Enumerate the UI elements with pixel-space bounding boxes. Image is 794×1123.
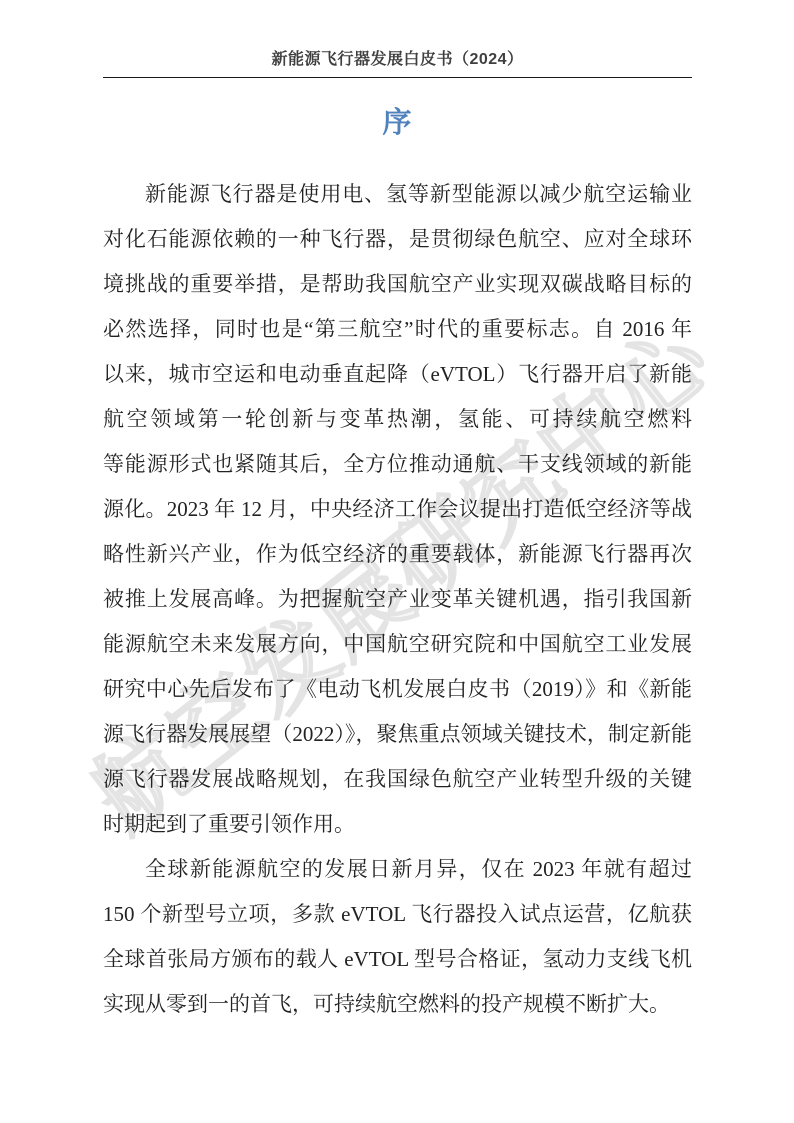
paragraph-2: 全球新能源航空的发展日新月异，仅在 2023 年就有超过 150 个新型号立项，…: [103, 847, 692, 1027]
text-line: 时期起到了重要引领作用。: [103, 802, 692, 847]
section-title: 序: [0, 100, 794, 141]
text-line: 能源航空未来发展方向，中国航空研究院和中国航空工业发展: [103, 622, 692, 667]
text-line: 150 个新型号立项，多款 eVTOL 飞行器投入试点运营，亿航获得: [103, 892, 692, 937]
header-title: 新能源飞行器发展白皮书（2024）: [103, 46, 692, 77]
text-line: 等能源形式也紧随其后，全方位推动通航、干支线领域的新能: [103, 442, 692, 487]
text-line: 对化石能源依赖的一种飞行器，是贯彻绿色航空、应对全球环: [103, 217, 692, 262]
text-line: 全球新能源航空的发展日新月异，仅在 2023 年就有超过: [103, 847, 692, 892]
paragraph-1: 新能源飞行器是使用电、氢等新型能源以减少航空运输业 对化石能源依赖的一种飞行器，…: [103, 172, 692, 847]
text-line: 被推上发展高峰。为把握航空产业变革关键机遇，指引我国新: [103, 577, 692, 622]
text-line: 略性新兴产业，作为低空经济的重要载体，新能源飞行器再次: [103, 532, 692, 577]
text-line: 境挑战的重要举措，是帮助我国航空产业实现双碳战略目标的: [103, 262, 692, 307]
text-line: 实现从零到一的首飞，可持续航空燃料的投产规模不断扩大。: [103, 982, 692, 1027]
text-line: 新能源飞行器是使用电、氢等新型能源以减少航空运输业: [103, 172, 692, 217]
text-line: 必然选择，同时也是“第三航空”时代的重要标志。自 2016 年: [103, 307, 692, 352]
header-rule: [103, 77, 692, 78]
text-line: 以来，城市空运和电动垂直起降（eVTOL）飞行器开启了新能源: [103, 352, 692, 397]
text-line: 源飞行器发展展望（2022）》，聚焦重点领域关键技术，制定新能: [103, 712, 692, 757]
text-line: 研究中心先后发布了《电动飞机发展白皮书（2019）》和《新能: [103, 667, 692, 712]
document-page: 新能源飞行器发展白皮书（2024） 航空发展研究中心 序 新能源飞行器是使用电、…: [0, 0, 794, 1123]
document-body: 新能源飞行器是使用电、氢等新型能源以减少航空运输业 对化石能源依赖的一种飞行器，…: [103, 172, 692, 1027]
text-line: 全球首张局方颁布的载人 eVTOL 型号合格证，氢动力支线飞机: [103, 937, 692, 982]
text-line: 源飞行器发展战略规划，在我国绿色航空产业转型升级的关键: [103, 757, 692, 802]
text-line: 航空领域第一轮创新与变革热潮，氢能、可持续航空燃料（SAF）: [103, 397, 692, 442]
page-header: 新能源飞行器发展白皮书（2024）: [103, 46, 692, 78]
text-line: 源化。2023 年 12 月，中央经济工作会议提出打造低空经济等战: [103, 487, 692, 532]
